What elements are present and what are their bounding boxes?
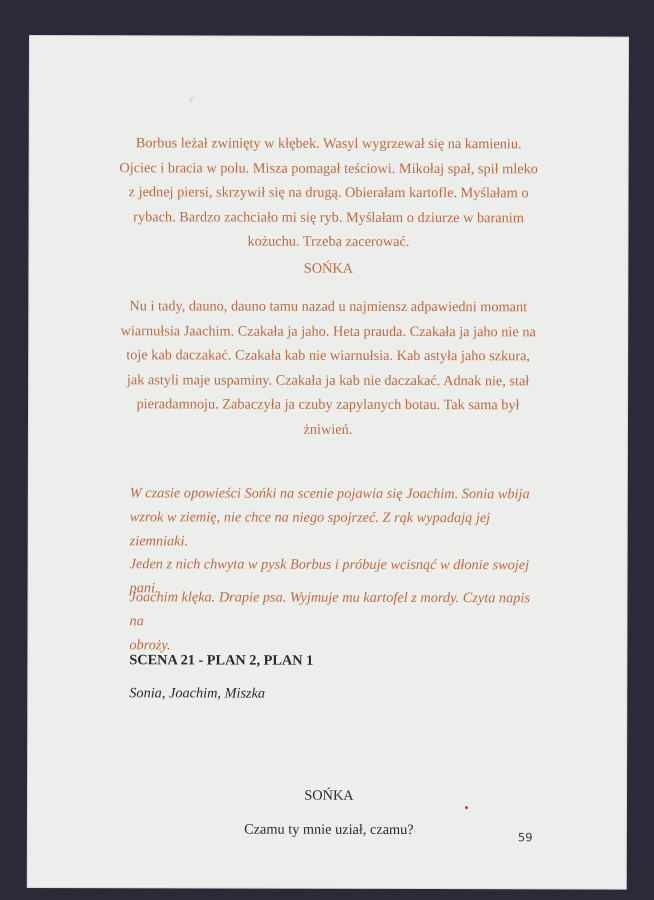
text-line: toje kab daczakać. Czakała kab nie wiarn… bbox=[97, 343, 559, 369]
text-line: Joachim klęka. Drapie psa. Wyjmuje mu ka… bbox=[129, 586, 539, 635]
speaker-name: SOŃKA bbox=[28, 785, 628, 807]
dialogue-line: Czamu ty mnie uział, czamu? bbox=[28, 819, 628, 841]
text-line: wzrok w ziemię, nie chce na niego spojrz… bbox=[130, 506, 540, 555]
text-line: Borbus leżał zwinięty w kłębek. Wasyl wy… bbox=[100, 131, 558, 157]
cast-list: Sonia, Joachim, Miszka bbox=[129, 683, 265, 703]
text-line: W czasie opowieści Sońki na scenie pojaw… bbox=[130, 482, 540, 507]
text-line: z jednej piersi, skrzywił się na drugą. … bbox=[100, 180, 558, 206]
page-number: 59 bbox=[518, 830, 533, 844]
narration-paragraph: Borbus leżał zwinięty w kłębek. Wasyl wy… bbox=[99, 131, 557, 255]
text-line: żniwień. bbox=[97, 417, 559, 443]
dialogue-paragraph: Nu i tady, dauno, dauno tamu nazad u naj… bbox=[97, 294, 559, 443]
stage-direction: W czasie opowieści Sońki na scenie pojaw… bbox=[130, 482, 540, 602]
text-line: rybach. Bardzo zachciało mi się ryb. Myś… bbox=[99, 205, 557, 231]
paper-scuff-mark bbox=[188, 96, 194, 103]
text-line: Nu i tady, dauno, dauno tamu nazad u naj… bbox=[97, 294, 559, 320]
text-line: Ojciec i bracia w polu. Misza pomagał te… bbox=[100, 156, 558, 182]
scanned-page: Borbus leżał zwinięty w kłębek. Wasyl wy… bbox=[28, 36, 628, 889]
stage-direction: Joachim klęka. Drapie psa. Wyjmuje mu ka… bbox=[129, 586, 539, 658]
text-line: Jeden z nich chwyta w pysk Borbus i prób… bbox=[130, 554, 540, 579]
text-line: kożuchu. Trzeba zacerować. bbox=[99, 230, 557, 256]
text-line: wiarnułsia Jaachim. Czakała ja jaho. Het… bbox=[97, 319, 559, 345]
text-line: jak astyli maje uspaminy. Czakała ja kab… bbox=[97, 368, 559, 394]
scene-heading: SCENA 21 - PLAN 2, PLAN 1 bbox=[129, 650, 313, 670]
text-line: pieradamnoju. Zabaczyła ja czuby zapylan… bbox=[97, 393, 559, 419]
speaker-name: SOŃKA bbox=[29, 258, 627, 280]
ink-dot-mark bbox=[465, 806, 468, 809]
